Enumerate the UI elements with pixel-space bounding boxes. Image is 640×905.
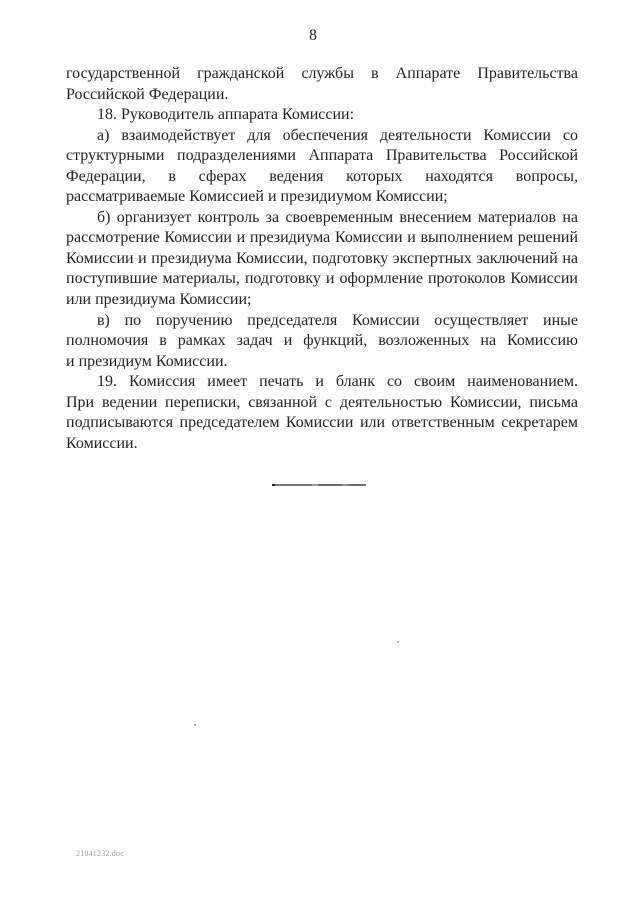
- scan-speck: [397, 641, 399, 643]
- text-line: 18. Руководитель аппарата Комиссии:: [66, 105, 578, 126]
- text-line: а) взаимодействует для обеспечения деяте…: [66, 126, 578, 147]
- text-line: и президиум Комиссии.: [66, 352, 578, 373]
- text-line: подписываются председателем Комиссии или…: [66, 413, 578, 434]
- text-line: 19. Комиссия имеет печать и бланк со сво…: [66, 372, 578, 393]
- text-line: рассмотрение Комиссии и президиума Комис…: [66, 228, 578, 249]
- text-line: Федерации, в сферах ведения которых нахо…: [66, 167, 578, 188]
- text-line: поступившие материалы, подготовку и офор…: [66, 269, 578, 290]
- scan-speck: [194, 724, 196, 726]
- text-line: или президиума Комиссии;: [66, 290, 578, 311]
- text-line: рассматриваемые Комиссией и президиумом …: [66, 187, 578, 208]
- text-line: в) по поручению председателя Комиссии ос…: [66, 311, 578, 332]
- text-line: структурными подразделениями Аппарата Пр…: [66, 146, 578, 167]
- text-line: Комиссии и президиума Комиссии, подготов…: [66, 249, 578, 270]
- text-line: При ведении переписки, связанной с деяте…: [66, 393, 578, 414]
- text-line: государственной гражданской службы в Апп…: [66, 64, 578, 85]
- document-page: 8 государственной гражданской службы в А…: [0, 0, 640, 905]
- page-number: 8: [0, 27, 626, 45]
- end-of-document-rule: [272, 484, 366, 486]
- text-line: Российской Федерации.: [66, 85, 578, 106]
- text-line: б) организует контроль за своевременным …: [66, 208, 578, 229]
- document-body: государственной гражданской службы в Апп…: [66, 64, 578, 454]
- footer-filename: 21041232.doc: [76, 849, 124, 858]
- text-line: полномочия в рамках задач и функций, воз…: [66, 331, 578, 352]
- text-line: Комиссии.: [66, 434, 578, 455]
